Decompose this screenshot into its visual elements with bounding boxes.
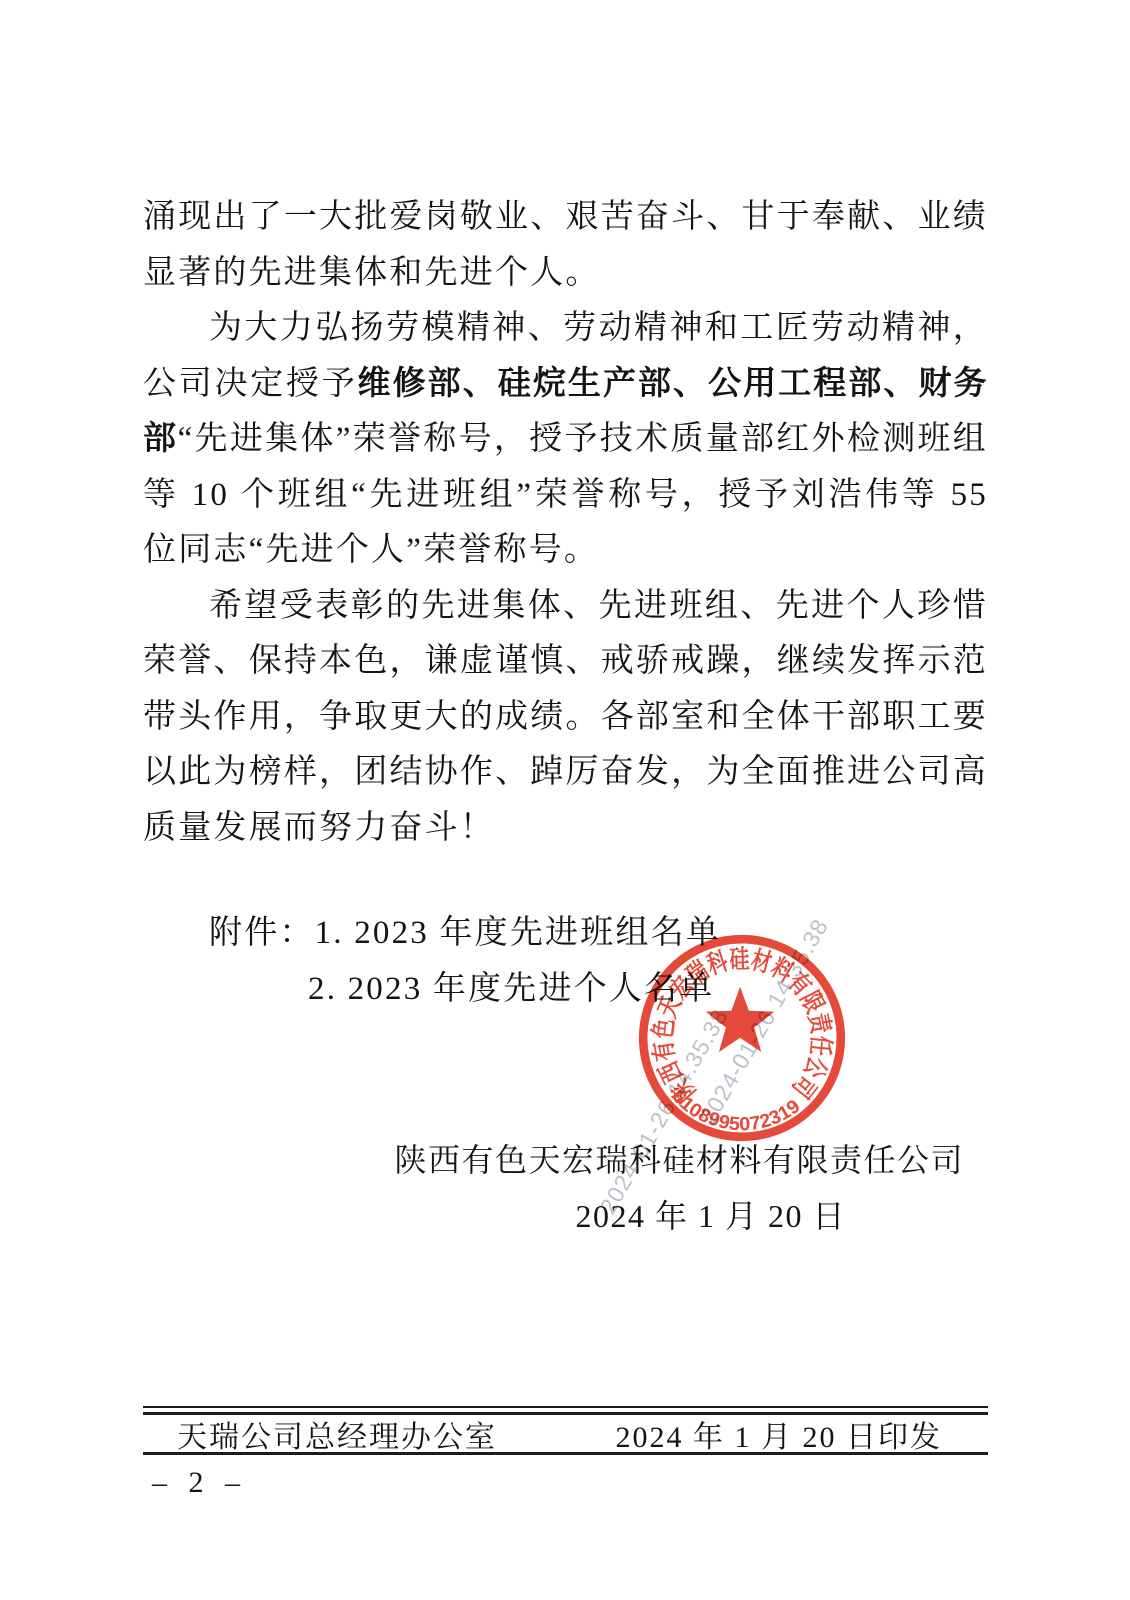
attachments-list: 附件：1. 2023 年度先进班组名单 2. 2023 年度先进个人名单 — [143, 906, 988, 1017]
signature-block: 陕西有色天宏瑞科硅材料有限责任公司 2024 年 1 月 20 日 — [143, 1133, 988, 1244]
print-date: 2024 年 1 月 20 日印发 — [616, 1412, 943, 1456]
official-seal: 陕西有色天宏瑞科硅材料有限责任公司 6108995072319 — [628, 924, 856, 1152]
attachment-item-2: 2. 2023 年度先进个人名单 — [143, 962, 988, 1018]
page-number: – 2 – — [152, 1466, 247, 1500]
footer-row: 天瑞公司总经理办公室 2024 年 1 月 20 日印发 — [143, 1415, 988, 1452]
document-body: 涌现出了一大批爱岗敬业、艰苦奋斗、甘于奉献、业绩显著的先进集体和先进个人。 为大… — [143, 190, 988, 1244]
footer-block: 天瑞公司总经理办公室 2024 年 1 月 20 日印发 — [143, 1406, 988, 1455]
signature-date: 2024 年 1 月 20 日 — [143, 1189, 988, 1245]
document-page: 2024-01-26 14.35.38 2024-01-26 14.35.38 … — [0, 0, 1130, 1600]
attachment-item-1: 附件：1. 2023 年度先进班组名单 — [143, 906, 988, 962]
seal-star-icon — [706, 987, 775, 1052]
paragraph-hope: 希望受表彰的先进集体、先进班组、先进个人珍惜荣誉、保持本色，谦虚谨慎、戒骄戒躁，… — [143, 579, 988, 857]
seal-graphic: 陕西有色天宏瑞科硅材料有限责任公司 6108995072319 — [628, 924, 856, 1152]
paragraph-awards: 为大力弘扬劳模精神、劳动精神和工匠劳动精神，公司决定授予维修部、硅烷生产部、公用… — [143, 301, 988, 579]
paragraph-awards-rest: “先进集体”荣誉称号，授予技术质量部红外检测班组等 10 个班组“先进班组”荣誉… — [143, 421, 988, 568]
paragraph-continuation: 涌现出了一大批爱岗敬业、艰苦奋斗、甘于奉献、业绩显著的先进集体和先进个人。 — [143, 190, 988, 301]
issuing-office: 天瑞公司总经理办公室 — [177, 1412, 497, 1456]
company-name: 陕西有色天宏瑞科硅材料有限责任公司 — [143, 1133, 988, 1189]
